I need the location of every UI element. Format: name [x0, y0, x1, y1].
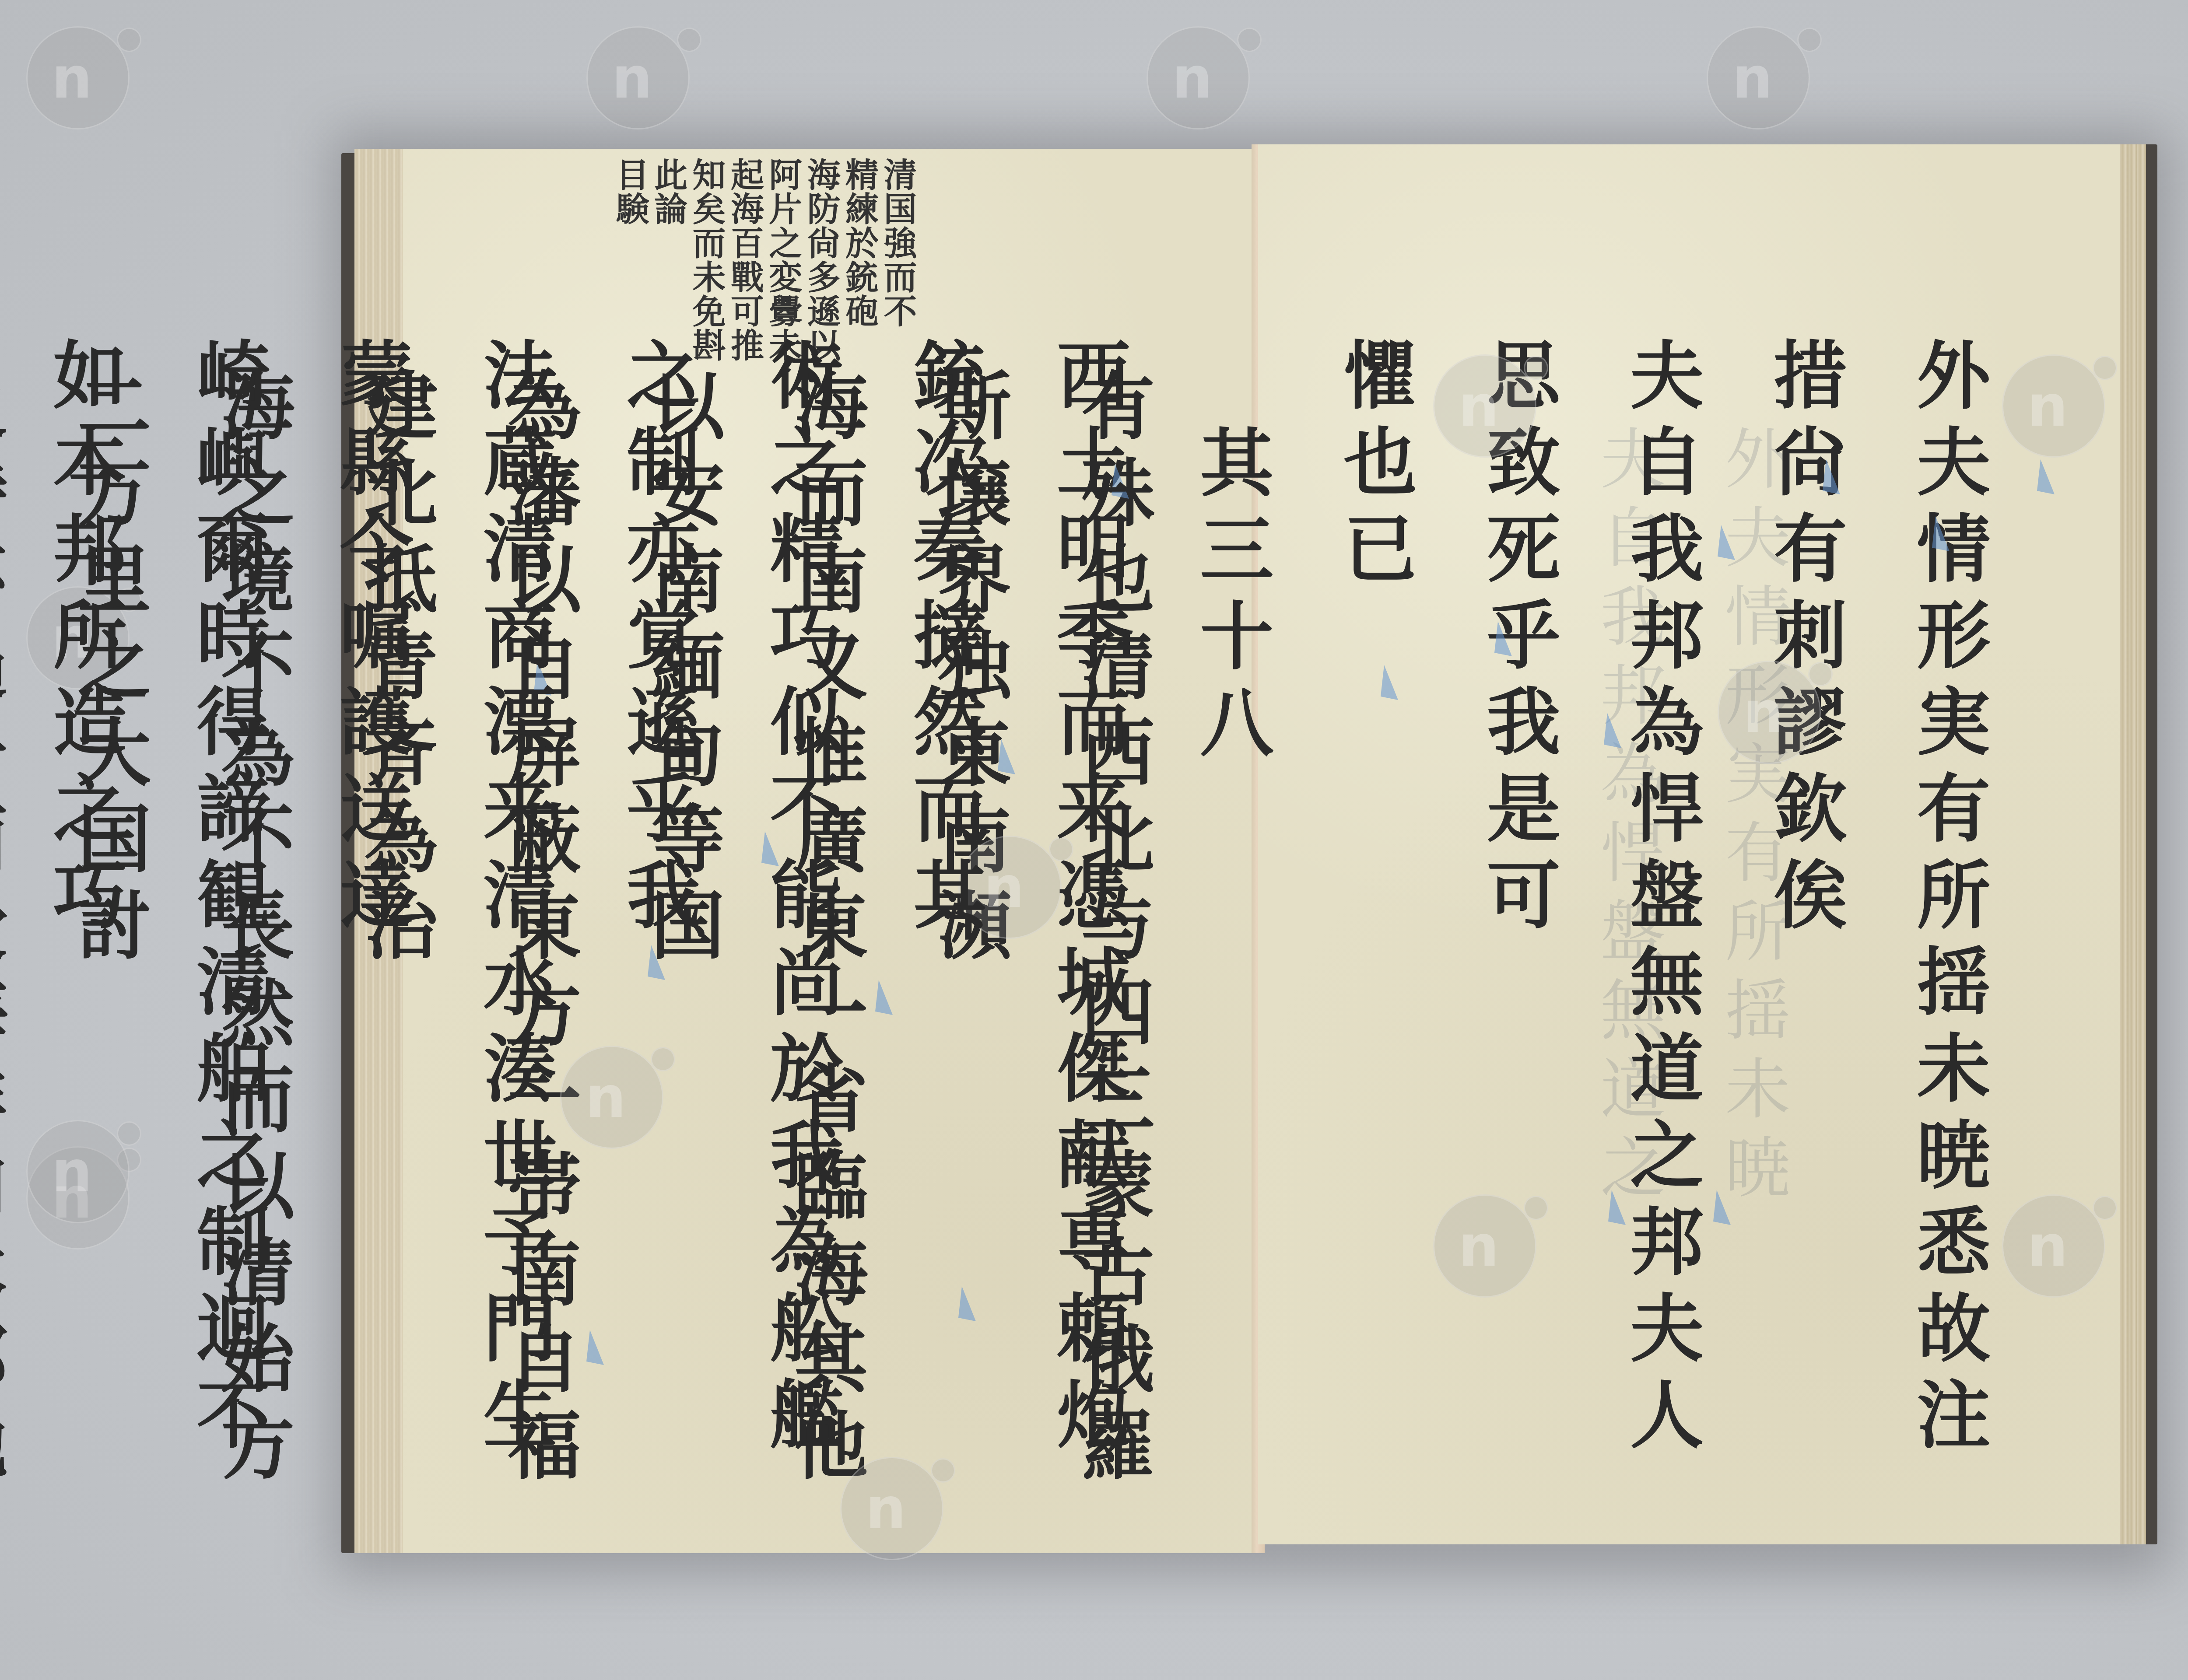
watermark-logo-icon: n — [1433, 354, 1536, 458]
text-column: 崎嶼爾時得諦観清舶之制迴不如本邦所造之巧 — [13, 337, 299, 1518]
text-column: 徴此實船耳而戦艦可推也夫舩銃海防之大者清 — [0, 337, 13, 1518]
right-page: 外夫情形実有所揺未暁 夫自我邦為悍盤無道之 外夫情形実有所揺未暁悉故注措尙有刺謬… — [1258, 144, 2120, 1544]
open-book: 清国強而不 精練於銃砲 海防尙多遜以 阿片之変釁未 起海百戰可推 知矣而未免斟 … — [341, 144, 2157, 1557]
watermark-logo-icon: n — [1147, 26, 1250, 129]
watermark-logo-icon: n — [26, 1120, 130, 1223]
annotation-mark — [2037, 459, 2055, 494]
watermark-logo-icon: n — [1433, 1194, 1536, 1298]
text-column: 法蔵清商漂来清水湊世予門生蒙縣令嘱護送達 — [299, 337, 586, 1518]
watermark-logo-icon: n — [1718, 661, 1821, 764]
text-column: 外夫情形実有所揺未暁悉故注措尙有刺謬欽俟 — [1733, 337, 2020, 1518]
right-page-body: 外夫情形実有所揺未暁悉故注措尙有刺謬欽俟 夫自我邦為悍盤無道之邦夫人思致死乎我是… — [0, 337, 2020, 1518]
watermark-logo-icon: n — [2002, 354, 2105, 458]
text-column: 西土明季而来憑城傑献専頼炮銃次秦撻然而其 — [873, 337, 1159, 1518]
section-heading: 其三十八 — [1159, 337, 1303, 1518]
text-column: 懼也已 — [1303, 337, 1446, 1518]
watermark-logo-icon: n — [1707, 26, 1810, 129]
text-column: 術之精巧似不能尚於我為舩艦之制亦覚遜乎我 — [586, 337, 873, 1518]
watermark-logo-icon: n — [26, 26, 130, 129]
page-edges-right — [2120, 144, 2146, 1544]
watermark-logo-icon: n — [2002, 1194, 2105, 1298]
watermark-logo-icon: n — [586, 26, 690, 129]
text-column: 夫自我邦為悍盤無道之邦夫人思致死乎我是可 — [1446, 337, 1733, 1518]
